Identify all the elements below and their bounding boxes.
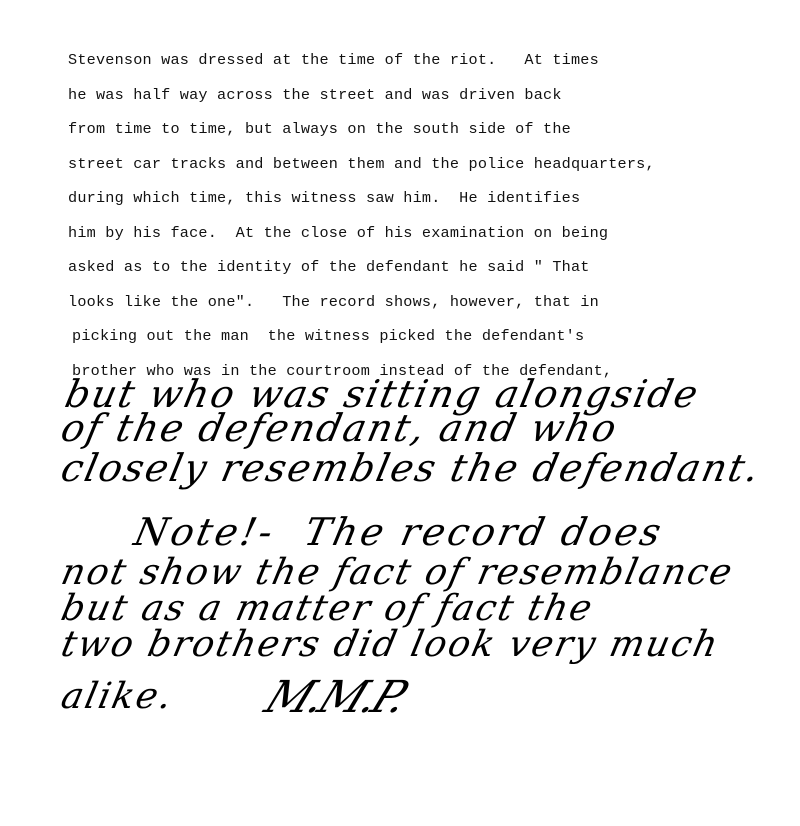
typed-text-block: Stevenson was dressed at the time of the… <box>68 46 655 391</box>
handwritten-continuation-line: of the defendant, and who <box>57 406 622 450</box>
handwritten-note-line: not show the fact of resemblance <box>58 552 738 593</box>
typed-line: from time to time, but always on the sou… <box>68 115 655 150</box>
typed-line: he was half way across the street and wa… <box>68 81 655 116</box>
document-page: Stevenson was dressed at the time of the… <box>0 0 800 826</box>
typed-line: during which time, this witness saw him.… <box>68 184 655 219</box>
handwritten-note-line: but as a matter of fact the <box>58 588 598 629</box>
handwritten-note-line: Note!- The record does <box>130 510 667 554</box>
typed-line: looks like the one". The record shows, h… <box>68 288 655 323</box>
typed-line: asked as to the identity of the defendan… <box>68 253 655 288</box>
typed-line: street car tracks and between them and t… <box>68 150 655 185</box>
typed-line: him by his face. At the close of his exa… <box>68 219 655 254</box>
typed-line: Stevenson was dressed at the time of the… <box>68 46 655 81</box>
signature: M.M.P. <box>258 672 413 723</box>
typed-line: picking out the man the witness picked t… <box>68 322 655 357</box>
handwritten-note-line: alike. <box>58 676 178 717</box>
handwritten-note-line: two brothers did look very much <box>58 624 724 665</box>
handwritten-continuation-line: closely resembles the defendant. <box>57 446 765 490</box>
